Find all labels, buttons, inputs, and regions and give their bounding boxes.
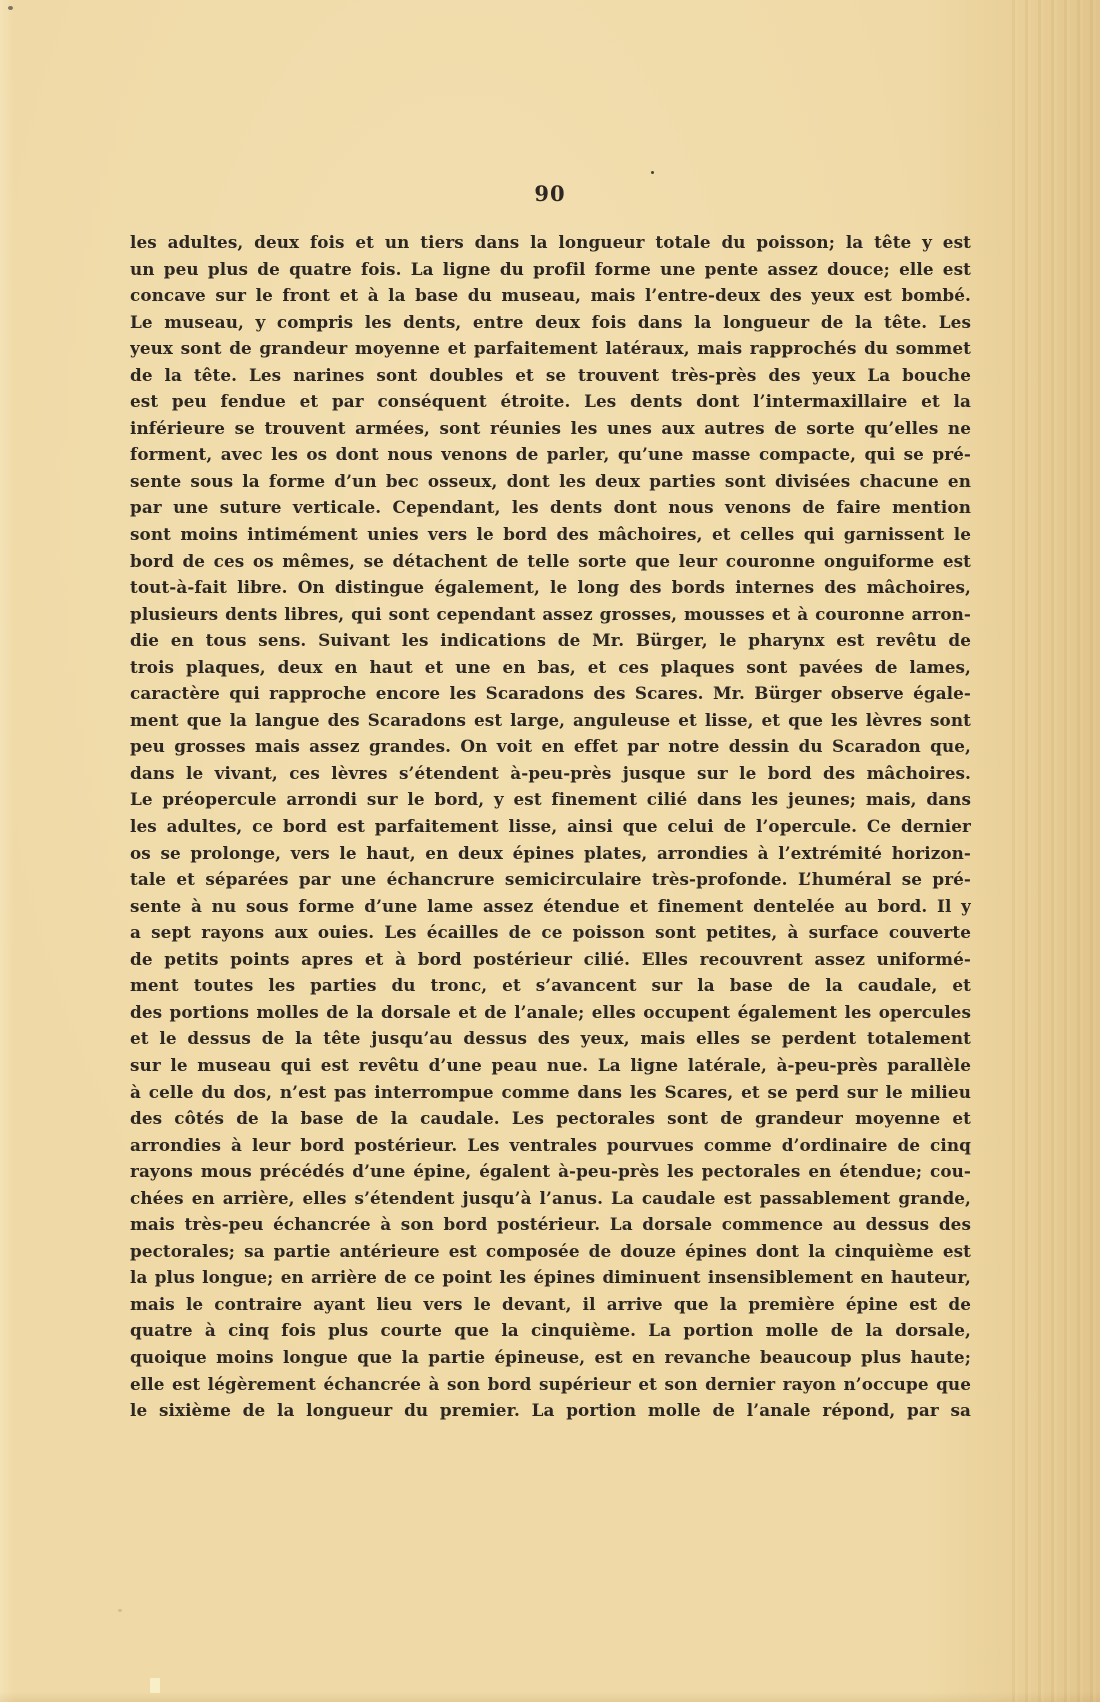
text-line: concave sur le front et à la base du mus… xyxy=(130,282,971,309)
text-line: tout-à-fait libre. On distingue égalemen… xyxy=(130,574,971,601)
text-line: ment toutes les parties du tronc, et s’a… xyxy=(130,972,971,999)
page-number: 90 xyxy=(0,181,1100,206)
paper-speck xyxy=(118,1609,122,1612)
text-line: inférieure se trouvent armées, sont réun… xyxy=(130,415,971,442)
text-line: pectorales; sa partie antérieure est com… xyxy=(130,1238,971,1265)
text-line: sur le museau qui est revêtu d’une peau … xyxy=(130,1052,971,1079)
text-line: Le préopercule arrondi sur le bord, y es… xyxy=(130,786,971,813)
text-line: trois plaques, deux en haut et une en ba… xyxy=(130,654,971,681)
text-line: os se prolonge, vers le haut, en deux ép… xyxy=(130,840,971,867)
text-line: un peu plus de quatre fois. La ligne du … xyxy=(130,256,971,283)
text-line: par une suture verticale. Cependant, les… xyxy=(130,494,971,521)
book-page: 90 les adultes, deux fois et un tiers da… xyxy=(0,0,1100,1702)
text-line: caractère qui rapproche encore les Scara… xyxy=(130,680,971,707)
text-line: mais le contraire ayant lieu vers le dev… xyxy=(130,1291,971,1318)
text-line: peu grosses mais assez grandes. On voit … xyxy=(130,733,971,760)
text-line: les adultes, deux fois et un tiers dans … xyxy=(130,229,971,256)
text-line: à celle du dos, n’est pas interrompue co… xyxy=(130,1079,971,1106)
body-text: les adultes, deux fois et un tiers dans … xyxy=(130,229,971,1424)
text-line: les adultes, ce bord est parfaitement li… xyxy=(130,813,971,840)
text-line: des portions molles de la dorsale et de … xyxy=(130,999,971,1026)
text-line: sente sous la forme d’un bec osseux, don… xyxy=(130,468,971,495)
page-edge-texture xyxy=(1005,0,1100,1702)
text-line: de la tête. Les narines sont doubles et … xyxy=(130,362,971,389)
paper-patch xyxy=(150,1678,160,1693)
text-line: yeux sont de grandeur moyenne et parfait… xyxy=(130,335,971,362)
text-line: et le dessus de la tête jusqu’au dessus … xyxy=(130,1025,971,1052)
text-line: la plus longue; en arrière de ce point l… xyxy=(130,1264,971,1291)
text-line: tale et séparées par une échancrure semi… xyxy=(130,866,971,893)
text-line: elle est légèrement échancrée à son bord… xyxy=(130,1371,971,1398)
text-line: sente à nu sous forme d’une lame assez é… xyxy=(130,893,971,920)
text-line: arrondies à leur bord postérieur. Les ve… xyxy=(130,1132,971,1159)
text-line: ment que la langue des Scaradons est lar… xyxy=(130,707,971,734)
text-line: dans le vivant, ces lèvres s’étendent à-… xyxy=(130,760,971,787)
text-line: chées en arrière, elles s’étendent jusqu… xyxy=(130,1185,971,1212)
text-line: quatre à cinq fois plus courte que la ci… xyxy=(130,1317,971,1344)
text-line: Le museau, y compris les dents, entre de… xyxy=(130,309,971,336)
text-line: plusieurs dents libres, qui sont cependa… xyxy=(130,601,971,628)
text-line: bord de ces os mêmes, se détachent de te… xyxy=(130,548,971,575)
text-line: die en tous sens. Suivant les indication… xyxy=(130,627,971,654)
text-line: a sept rayons aux ouies. Les écailles de… xyxy=(130,919,971,946)
paper-speck xyxy=(8,6,13,10)
text-line: rayons mous précédés d’une épine, égalen… xyxy=(130,1158,971,1185)
text-line: sont moins intimément unies vers le bord… xyxy=(130,521,971,548)
text-line: de petits points apres et à bord postéri… xyxy=(130,946,971,973)
text-line: le sixième de la longueur du premier. La… xyxy=(130,1397,971,1424)
text-line: forment, avec les os dont nous venons de… xyxy=(130,441,971,468)
text-line: quoique moins longue que la partie épine… xyxy=(130,1344,971,1371)
text-line: des côtés de la base de la caudale. Les … xyxy=(130,1105,971,1132)
text-line: est peu fendue et par conséquent étroite… xyxy=(130,388,971,415)
paper-speck xyxy=(651,171,654,174)
text-line: mais très-peu échancrée à son bord posté… xyxy=(130,1211,971,1238)
